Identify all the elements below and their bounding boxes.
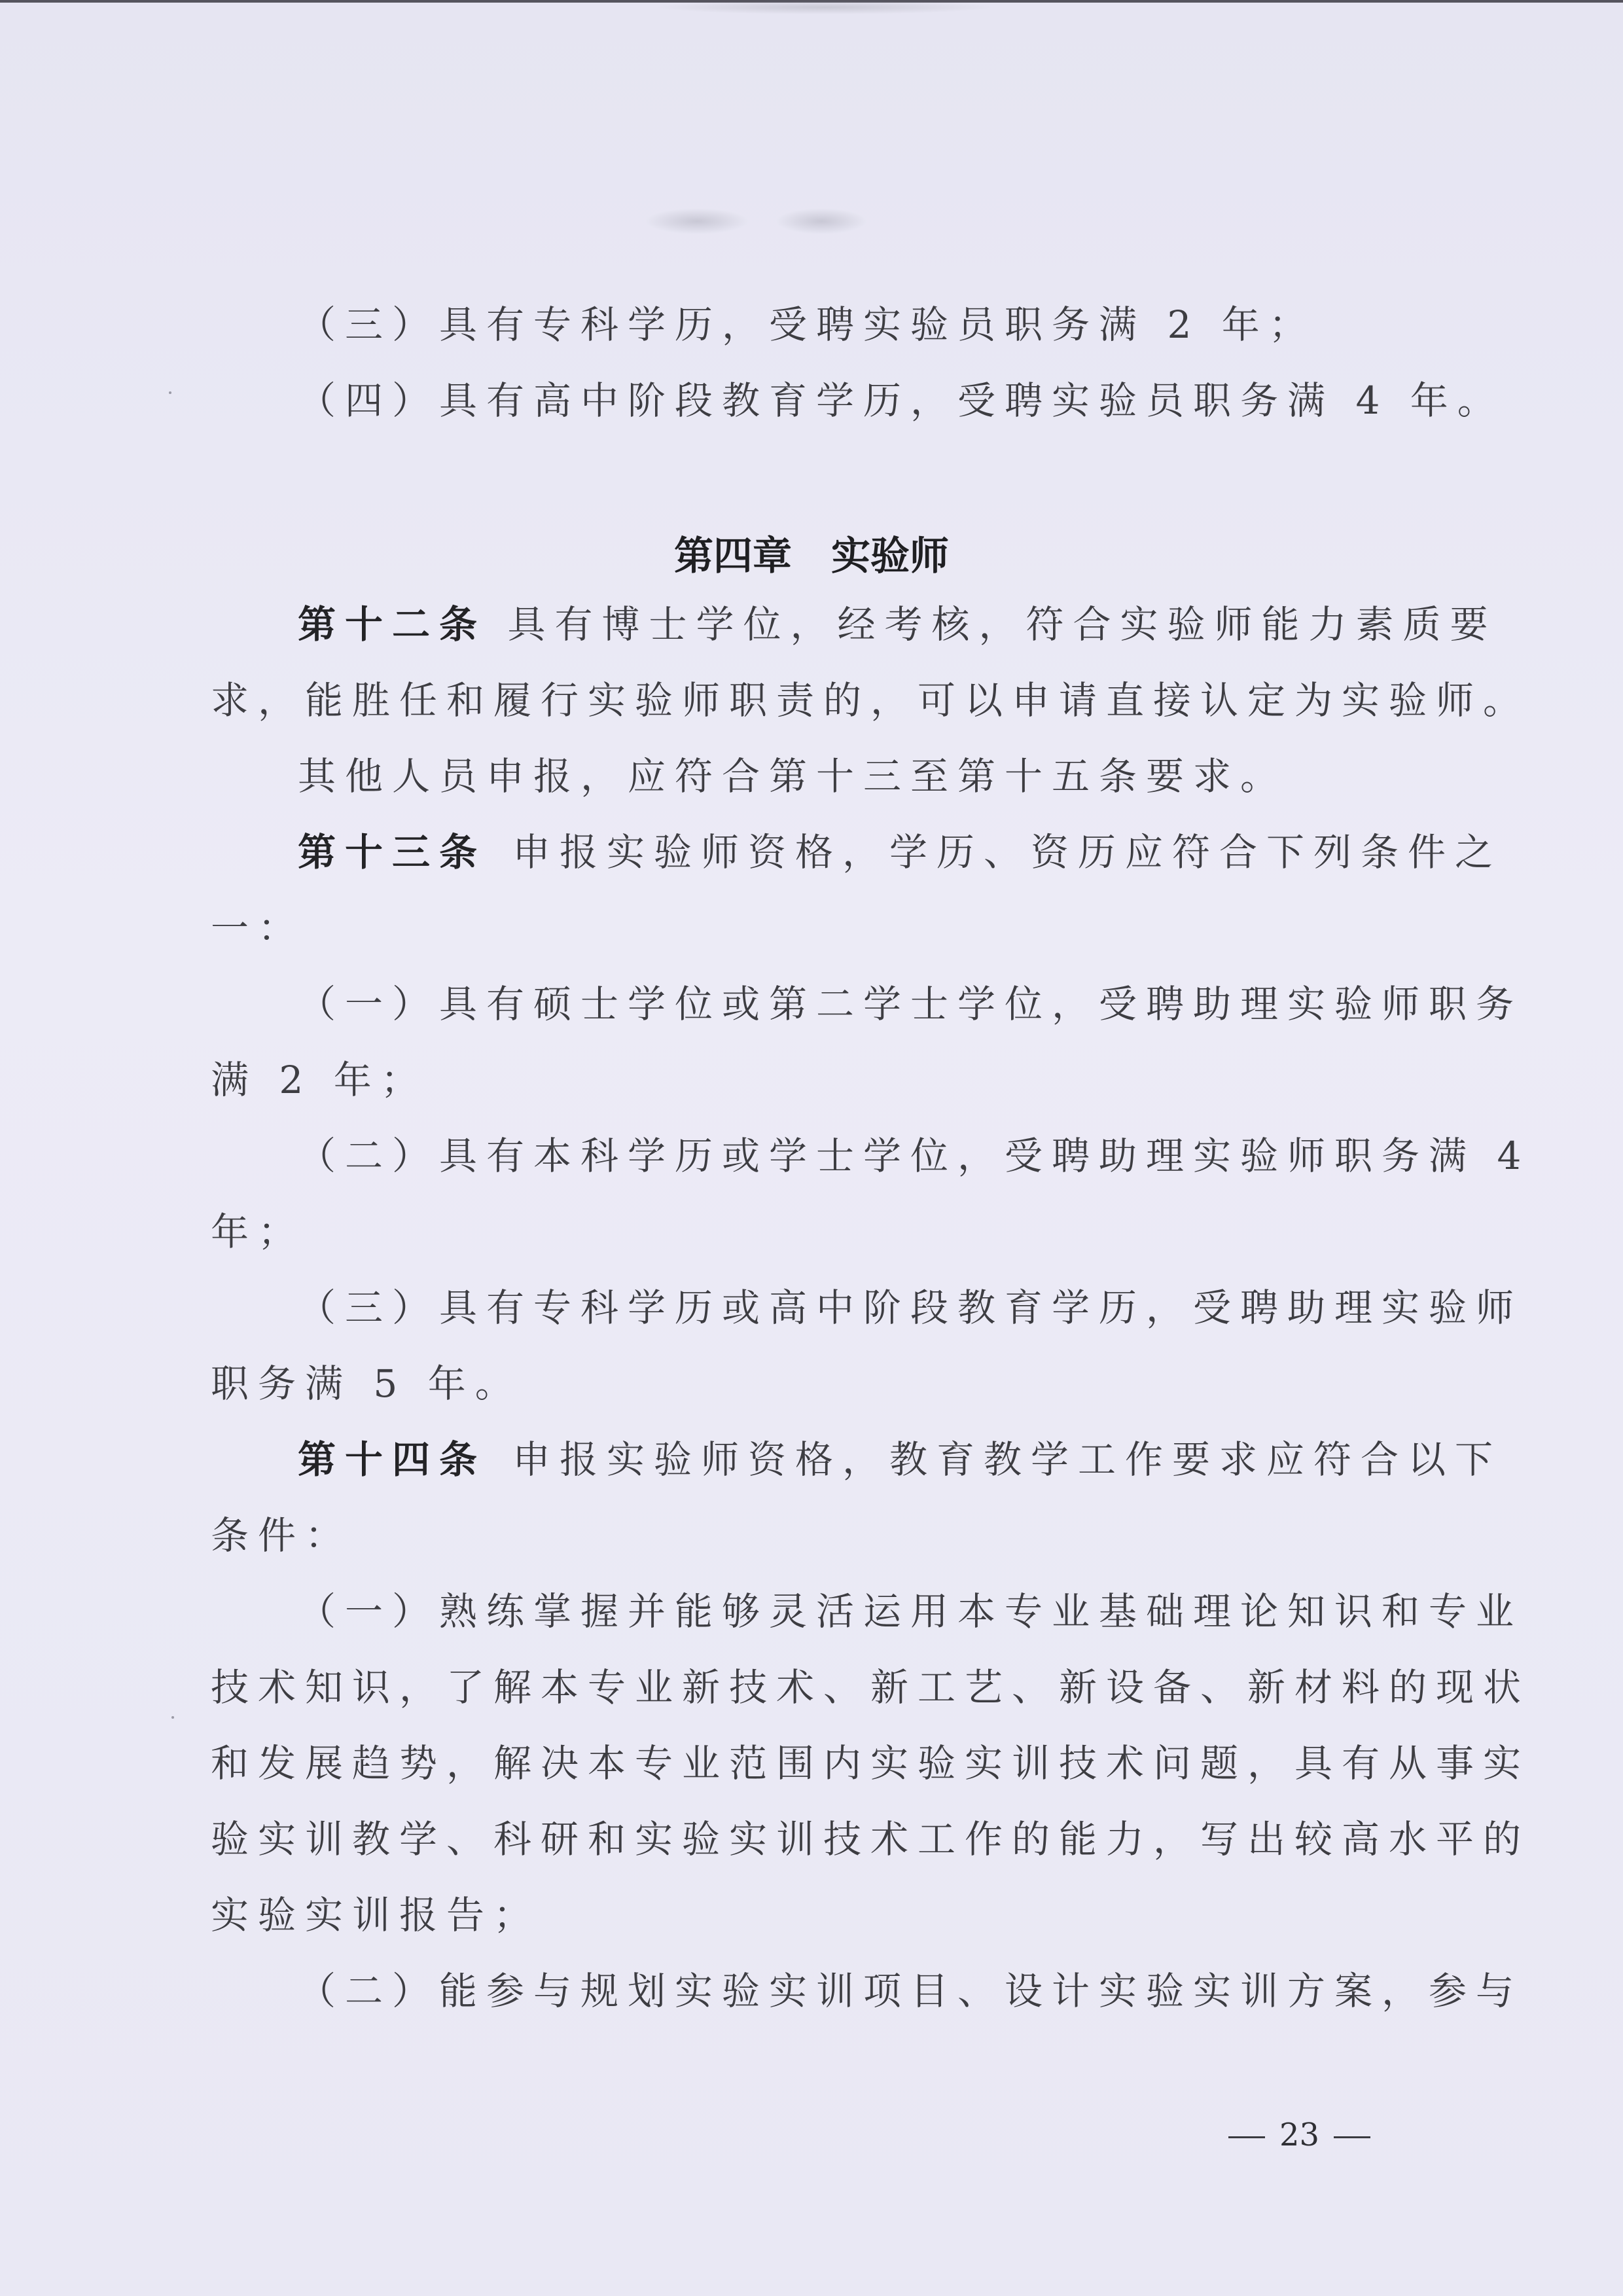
article-14-line-1: 第十四条申报实验师资格，教育教学工作要求应符合以下: [298, 1433, 1417, 1486]
article-13-line-1: 第十三条申报实验师资格，学历、资历应符合下列条件之: [298, 826, 1417, 878]
list-item: （三）具有专科学历，受聘实验员职务满 2 年；: [298, 298, 1417, 351]
dash-left: [1228, 2136, 1265, 2138]
article-13-line-2: 一：: [211, 902, 1415, 954]
chapter-heading: 第四章实验师: [0, 530, 1623, 583]
list-item: （一）熟练掌握并能够灵活运用本专业基础理论知识和专业: [298, 1585, 1417, 1638]
article-14-line-2: 条件：: [211, 1509, 1415, 1562]
list-item-continuation: 实验实训报告；: [211, 1889, 1415, 1941]
article-label: 第十二条: [298, 602, 486, 647]
article-label: 第十四条: [298, 1437, 486, 1482]
list-item-continuation: 验实训教学、科研和实验实训技术工作的能力，写出较高水平的: [211, 1813, 1415, 1865]
list-item-continuation: 和发展趋势，解决本专业范围内实验实训技术问题，具有从事实: [211, 1737, 1415, 1789]
scan-speck: [169, 391, 171, 394]
article-text: 申报实验师资格，教育教学工作要求应符合以下: [512, 1437, 1502, 1482]
bleed-through-header: [645, 208, 749, 234]
list-item-continuation: 职务满 5 年。: [211, 1357, 1415, 1410]
chapter-number: 第四章: [674, 533, 792, 579]
article-12-line-1: 第十二条 具有博士学位，经考核，符合实验师能力素质要: [298, 598, 1417, 651]
list-item-continuation: 技术知识，了解本专业新技术、新工艺、新设备、新材料的现状: [211, 1661, 1415, 1713]
list-item: （二）能参与规划实验实训项目、设计实验实训方案，参与: [298, 1965, 1417, 2017]
article-label: 第十三条: [298, 830, 486, 874]
bleed-through-header: [776, 208, 867, 234]
dash-right: [1334, 2136, 1370, 2138]
scan-speck: [171, 1716, 174, 1719]
article-text: 申报实验师资格，学历、资历应符合下列条件之: [512, 830, 1502, 874]
chapter-title: 实验师: [831, 533, 949, 579]
list-item: （四）具有高中阶段教育学历，受聘实验员职务满 4 年。: [298, 374, 1417, 427]
list-item: （三）具有专科学历或高中阶段教育学历，受聘助理实验师: [298, 1282, 1417, 1334]
document-page: （三）具有专科学历，受聘实验员职务满 2 年； （四）具有高中阶段教育学历，受聘…: [0, 0, 1623, 2296]
list-item-continuation: 满 2 年；: [211, 1054, 1415, 1106]
list-item-continuation: 年；: [211, 1206, 1415, 1258]
article-12-extra: 其他人员申报，应符合第十三至第十五条要求。: [298, 750, 1417, 802]
article-12-line-2: 求，能胜任和履行实验师职责的，可以申请直接认定为实验师。: [211, 674, 1415, 726]
article-text: 具有博士学位，经考核，符合实验师能力素质要: [507, 602, 1497, 647]
bleed-through-smudge: [654, 0, 995, 14]
list-item: （二）具有本科学历或学士学位，受聘助理实验师职务满 4: [298, 1130, 1417, 1182]
page-number: 23: [1214, 2115, 1385, 2155]
list-item: （一）具有硕士学位或第二学士学位，受聘助理实验师职务: [298, 978, 1417, 1030]
page-number-value: 23: [1279, 2117, 1319, 2153]
